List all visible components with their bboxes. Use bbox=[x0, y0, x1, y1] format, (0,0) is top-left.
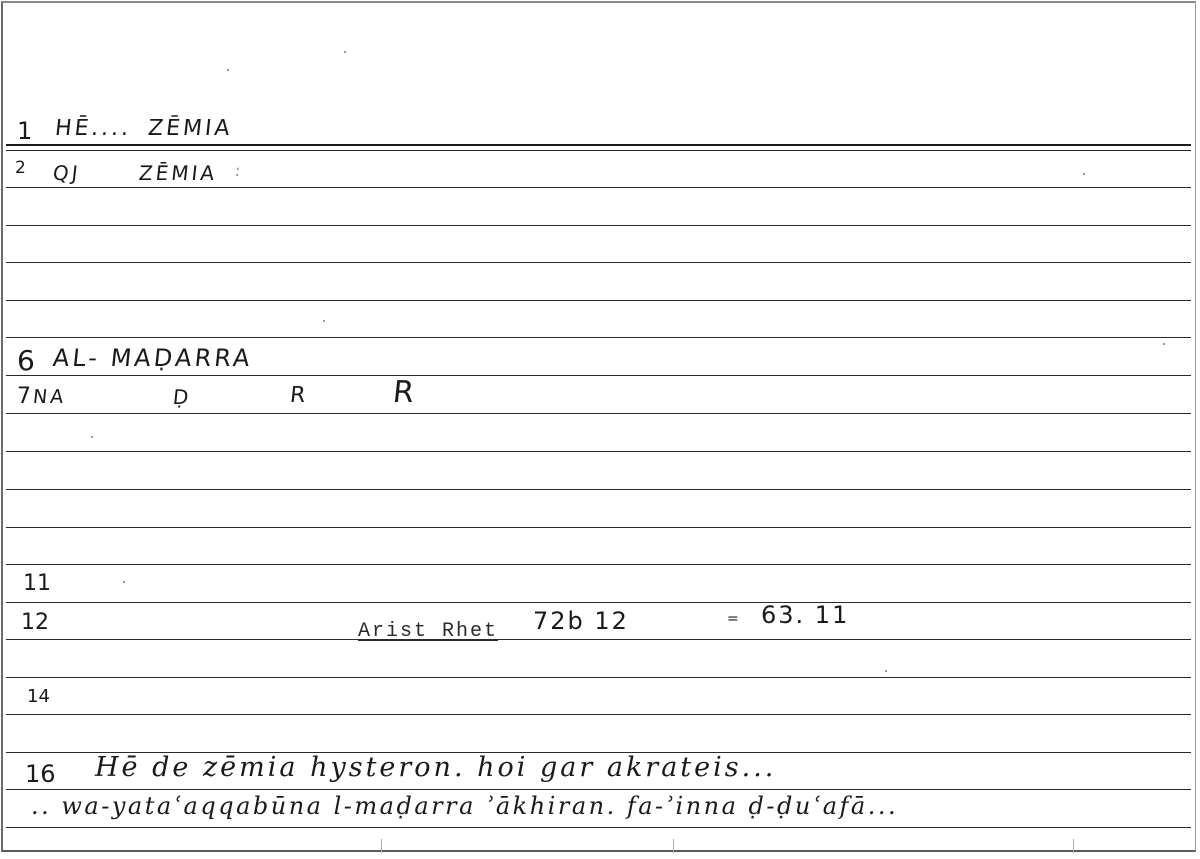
scan-speck bbox=[885, 670, 887, 672]
scan-speck bbox=[91, 436, 93, 438]
row7-letter-r2: R bbox=[391, 375, 419, 410]
ruled-line bbox=[6, 789, 1191, 790]
ruled-line bbox=[6, 187, 1191, 188]
ruled-line bbox=[6, 489, 1191, 490]
line-number-14: 14 bbox=[27, 686, 50, 707]
ruled-line bbox=[6, 714, 1191, 715]
row1-term-zemia: ZĒMIA bbox=[147, 116, 234, 141]
row2-colon: : bbox=[234, 161, 244, 180]
reference-equivalent: 63. 11 bbox=[761, 601, 849, 629]
typed-reference-arist-rhet: Arist Rhet bbox=[358, 620, 498, 643]
row7-term-na: NA bbox=[32, 386, 68, 408]
scan-tick bbox=[1073, 839, 1074, 853]
row7-letter-r1: R bbox=[289, 383, 310, 408]
ruled-line bbox=[6, 602, 1191, 603]
scan-speck bbox=[227, 69, 229, 71]
ruled-line bbox=[6, 639, 1191, 640]
ruled-line-double-bottom bbox=[6, 150, 1191, 151]
row7-letter-d: Ḍ bbox=[172, 385, 193, 409]
scan-speck bbox=[1163, 343, 1165, 345]
ruled-line bbox=[6, 527, 1191, 528]
ruled-line bbox=[6, 337, 1191, 338]
index-card: 1 HĒ.... ZĒMIA 2 QJ ZĒMIA : 6 AL- MAḌARR… bbox=[1, 1, 1196, 852]
row1-term-he: HĒ.... bbox=[54, 116, 133, 141]
scan-tick bbox=[381, 839, 382, 853]
ruled-line bbox=[6, 300, 1191, 301]
row6-term-al-madarra: AL- MAḌARRA bbox=[52, 344, 254, 372]
scan-tick bbox=[673, 839, 674, 853]
scan-speck bbox=[1083, 173, 1085, 175]
arabic-quotation: .. wa-yataʿaqqabūna l-maḍarra ʾākhiran. … bbox=[31, 792, 898, 820]
ruled-line bbox=[6, 413, 1191, 414]
row2-term-zemia: ZĒMIA bbox=[138, 161, 219, 185]
ruled-line bbox=[6, 564, 1191, 565]
ruled-line bbox=[6, 262, 1191, 263]
ruled-line bbox=[6, 451, 1191, 452]
ruled-line bbox=[6, 827, 1191, 828]
greek-quotation: Hē de zēmia hysteron. hoi gar akrateis..… bbox=[95, 752, 776, 783]
ruled-line-double-top bbox=[6, 144, 1191, 146]
equals-sign: = bbox=[727, 611, 739, 627]
ruled-line bbox=[6, 375, 1191, 376]
line-number-2: 2 bbox=[15, 158, 26, 178]
line-number-7: 7 bbox=[17, 384, 31, 409]
line-number-1: 1 bbox=[17, 117, 32, 145]
ruled-line bbox=[6, 225, 1191, 226]
scan-speck bbox=[323, 320, 325, 322]
scan-speck bbox=[123, 581, 125, 583]
reference-bekker-number: 72b 12 bbox=[533, 607, 629, 635]
ruled-line bbox=[6, 677, 1191, 678]
line-number-6: 6 bbox=[17, 344, 35, 377]
row2-term-qj: QJ bbox=[52, 161, 82, 185]
line-number-12: 12 bbox=[21, 610, 49, 635]
line-number-11: 11 bbox=[23, 571, 51, 596]
scan-speck bbox=[344, 51, 346, 53]
line-number-16: 16 bbox=[25, 760, 56, 788]
